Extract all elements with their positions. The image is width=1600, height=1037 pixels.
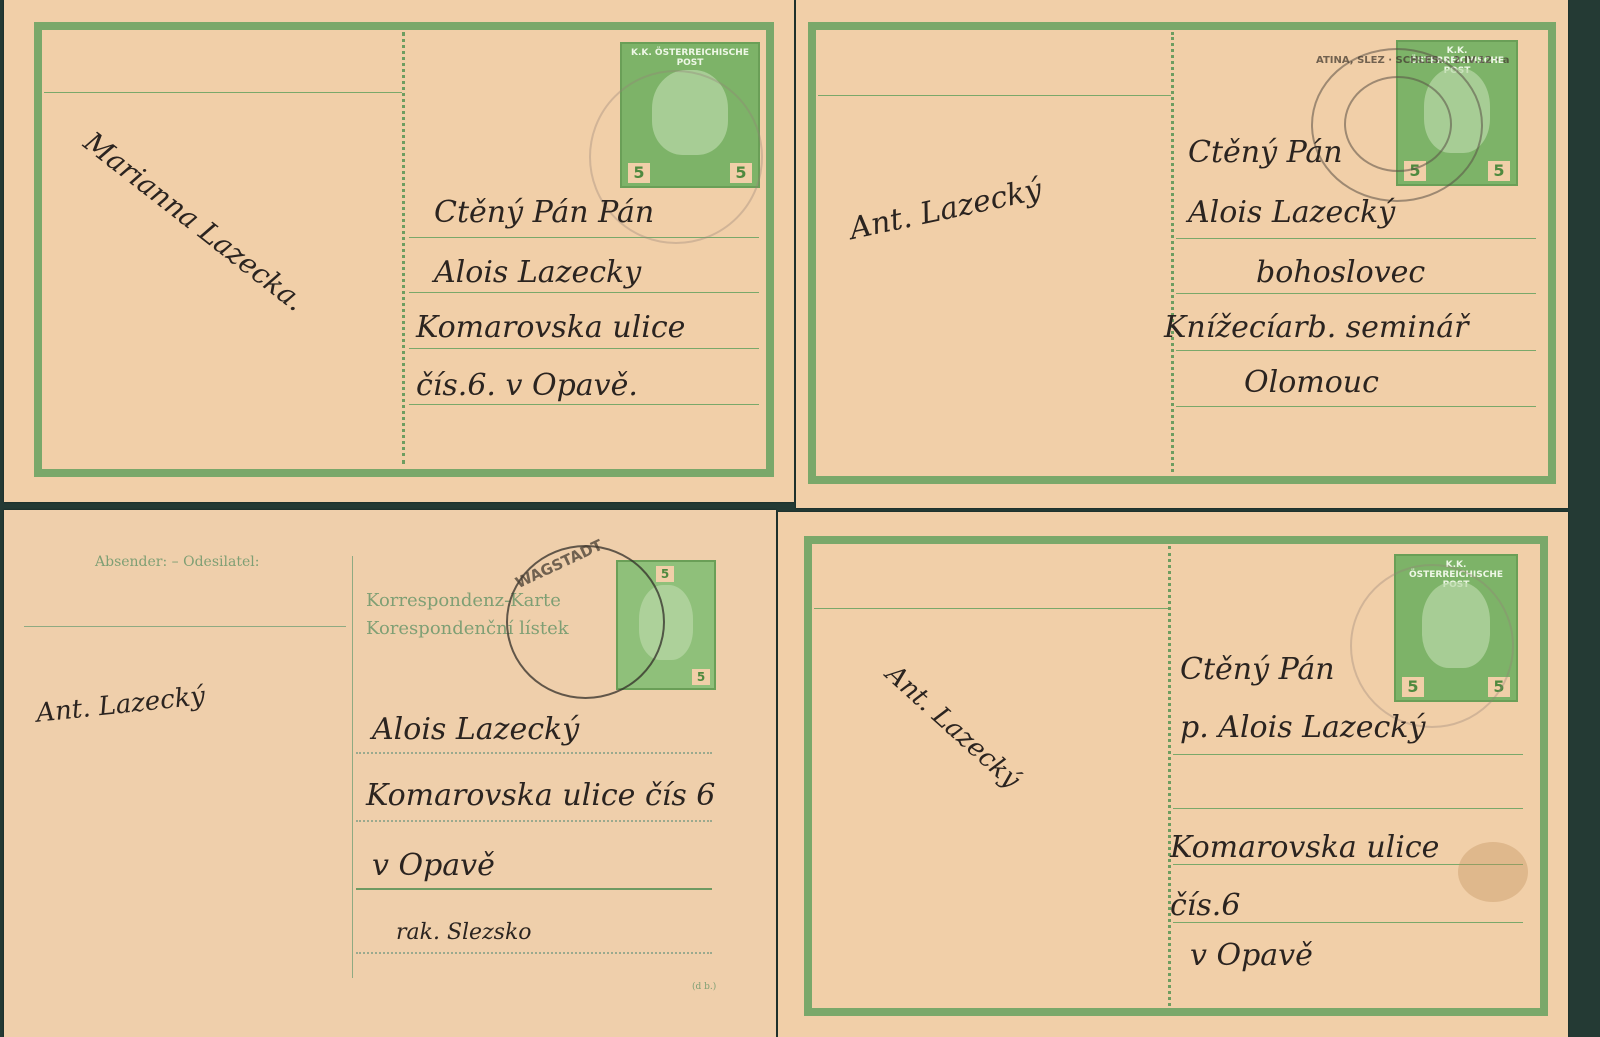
postmark [1350,564,1514,728]
address-line-2: Alois Lazecky [434,255,641,290]
address-line-2: p. Alois Lazecký [1180,710,1425,745]
divider [1171,32,1174,472]
address-line-1: Ctěný Pán Pán [434,195,654,230]
address-line-2: Alois Lazecký [1188,195,1395,230]
divider [402,32,405,464]
postcard-top-right: K.K. ÖSTERREICHISCHE POST 5 5 ATINA, SLE… [796,0,1568,508]
sender-line [818,95,1171,96]
address-line [356,888,712,890]
address-line-4: Knížecíarb. seminář [1164,310,1469,345]
sender-line [44,92,402,93]
address-line-3: bohoslovec [1256,255,1425,290]
address-line [1176,350,1536,351]
stamp-value: 5 [656,566,674,582]
stamp-value: 5 [1488,161,1510,181]
address-line-4: čís.6. v Opavě. [416,368,638,403]
address-line-4: rak. Slezsko [396,920,532,945]
address-line [1176,293,1536,294]
address-line [409,404,759,405]
address-line [356,820,712,822]
postcard-top-left: K.K. ÖSTERREICHISCHE POST 5 5 Marianna L… [4,0,794,502]
sender-line [814,608,1168,609]
address-line-3: Komarovska ulice [416,310,685,345]
address-line-3: v Opavě [372,848,495,883]
divider [352,556,353,978]
footer-mark: (d b.) [692,982,716,992]
address-line-5: v Opavě [1190,938,1313,973]
address-line-1: Ctěný Pán [1188,135,1343,170]
sender-label: Absender: – Odesilatel: [95,554,259,570]
address-line-5: Olomouc [1244,365,1379,400]
address-line-1: Alois Lazecký [372,712,579,747]
address-line [356,952,712,954]
stamp-value: 5 [692,669,710,685]
divider [1168,546,1171,1006]
address-line [409,348,759,349]
sender-line [24,626,346,627]
address-line [1176,238,1536,239]
sender-handwriting: Ant. Lazecký [35,681,207,729]
address-line [1173,808,1523,809]
postcard-bottom-right: K.K. ÖSTERREICHISCHE POST 5 5 Ant. Lazec… [778,512,1568,1037]
stamp-legend: K.K. ÖSTERREICHISCHE POST [626,48,754,68]
address-line-1: Ctěný Pán [1180,652,1335,687]
address-line [1176,406,1536,407]
address-line [356,752,712,754]
postcard-bottom-left: Absender: – Odesilatel: Korrespondenz-Ka… [4,510,776,1037]
address-line-2: Komarovska ulice čís 6 [366,778,715,813]
address-line-3: Komarovska ulice [1170,830,1439,865]
stain [1458,842,1528,902]
postmark-inner-ring [1344,76,1452,172]
postmark-text: ATINA, SLEZ · SCHLES. · 2.IV.12 · a [1316,55,1510,66]
address-line-4: čís.6 [1170,888,1240,923]
address-line [409,292,759,293]
address-line [1173,754,1523,755]
